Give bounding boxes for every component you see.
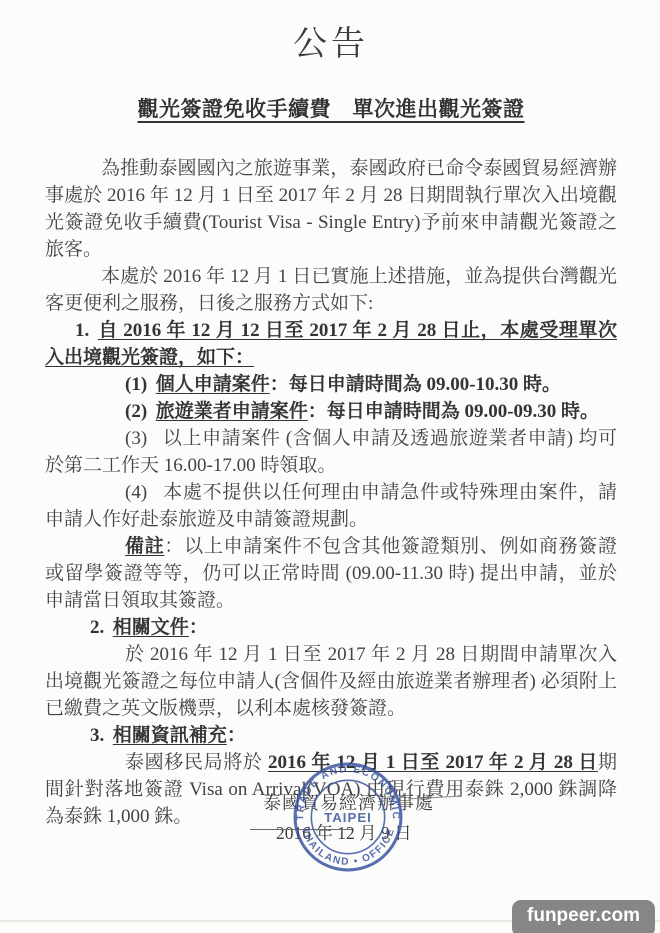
section-3-body-dates: 2016 年 12 月 1 日至 2017 年 2 月 28 日	[268, 752, 598, 773]
page-title: 公告	[45, 24, 617, 66]
intro-paragraph-2: 本處於 2016 年 12 月 1 日已實施上述措施，並為提供台灣觀光客更便利之…	[45, 263, 617, 317]
list-item-3: (3)以上申請案件 (含個人申請及透過旅遊業者申請) 均可於第二工作天 16.0…	[45, 425, 617, 479]
page-subtitle: 觀光簽證免收手續費 單次進出觀光簽證	[45, 95, 617, 123]
list-item-2-term: 旅遊業者申請案件	[156, 401, 308, 422]
section-3-heading-text: 相關資訊補充	[113, 725, 227, 746]
list-item-2-number: (2)	[125, 401, 147, 422]
signature-organization: 泰國貿易經濟辦事處	[263, 789, 423, 815]
section-1-heading-text: 自 2016 年 12 月 12 日至 2017 年 2 月 28 日止，本處受…	[45, 320, 617, 368]
note-paragraph: 備註：以上申請案件不包含其他簽證類別、例如商務簽證或留學簽證等等，仍可以正常時間…	[45, 533, 617, 614]
section-2-heading-colon: ：	[189, 617, 208, 638]
section-3-body-pre: 泰國移民局將於	[125, 752, 268, 773]
intro-paragraph-1: 為推動泰國國內之旅遊事業，泰國政府已命令泰國貿易經濟辦事處於 2016 年 12…	[45, 155, 617, 263]
signature-date: 2016 年 12 月 9 日	[276, 820, 416, 845]
section-2-heading: 2.相關文件：	[45, 614, 617, 641]
document-body: 為推動泰國國內之旅遊事業，泰國政府已命令泰國貿易經濟辦事處於 2016 年 12…	[45, 155, 617, 830]
list-item-4: (4)本處不提供以任何理由申請急件或特殊理由案件，請申請人作好赴泰旅遊及申請簽證…	[45, 479, 617, 533]
section-1-number: 1.	[75, 320, 89, 341]
list-item-2-text: ：每日申請時間為 09.00-09.30 時。	[308, 401, 599, 422]
pen-mark	[250, 829, 352, 830]
list-item-2: (2)旅遊業者申請案件：每日申請時間為 09.00-09.30 時。	[45, 398, 617, 425]
list-item-1-term: 個人申請案件	[156, 374, 270, 395]
list-item-1-text: ：每日申請時間為 09.00-10.30 時。	[270, 374, 561, 395]
document-content: 公告 觀光簽證免收手續費 單次進出觀光簽證 為推動泰國國內之旅遊事業，泰國政府已…	[45, 24, 617, 830]
section-3-heading-colon: ：	[227, 725, 246, 746]
section-3-heading: 3.相關資訊補充：	[45, 722, 617, 749]
watermark-label: funpeer.com	[527, 905, 640, 926]
section-2-number: 2.	[90, 617, 104, 638]
list-item-1-number: (1)	[125, 374, 147, 395]
list-item-1: (1)個人申請案件：每日申請時間為 09.00-10.30 時。	[45, 371, 617, 398]
section-3-number: 3.	[90, 725, 104, 746]
list-item-4-number: (4)	[125, 482, 147, 503]
watermark-badge: funpeer.com	[512, 900, 655, 933]
section-2-heading-text: 相關文件	[113, 617, 189, 638]
section-1-heading: 1.自 2016 年 12 月 12 日至 2017 年 2 月 28 日止，本…	[45, 317, 617, 371]
note-label: 備註	[125, 536, 164, 557]
scanned-announcement-page: 公告 觀光簽證免收手續費 單次進出觀光簽證 為推動泰國國內之旅遊事業，泰國政府已…	[0, 0, 660, 933]
section-2-body: 於 2016 年 12 月 1 日至 2017 年 2 月 28 日期間申請單次…	[45, 641, 617, 722]
list-item-3-number: (3)	[125, 428, 147, 449]
